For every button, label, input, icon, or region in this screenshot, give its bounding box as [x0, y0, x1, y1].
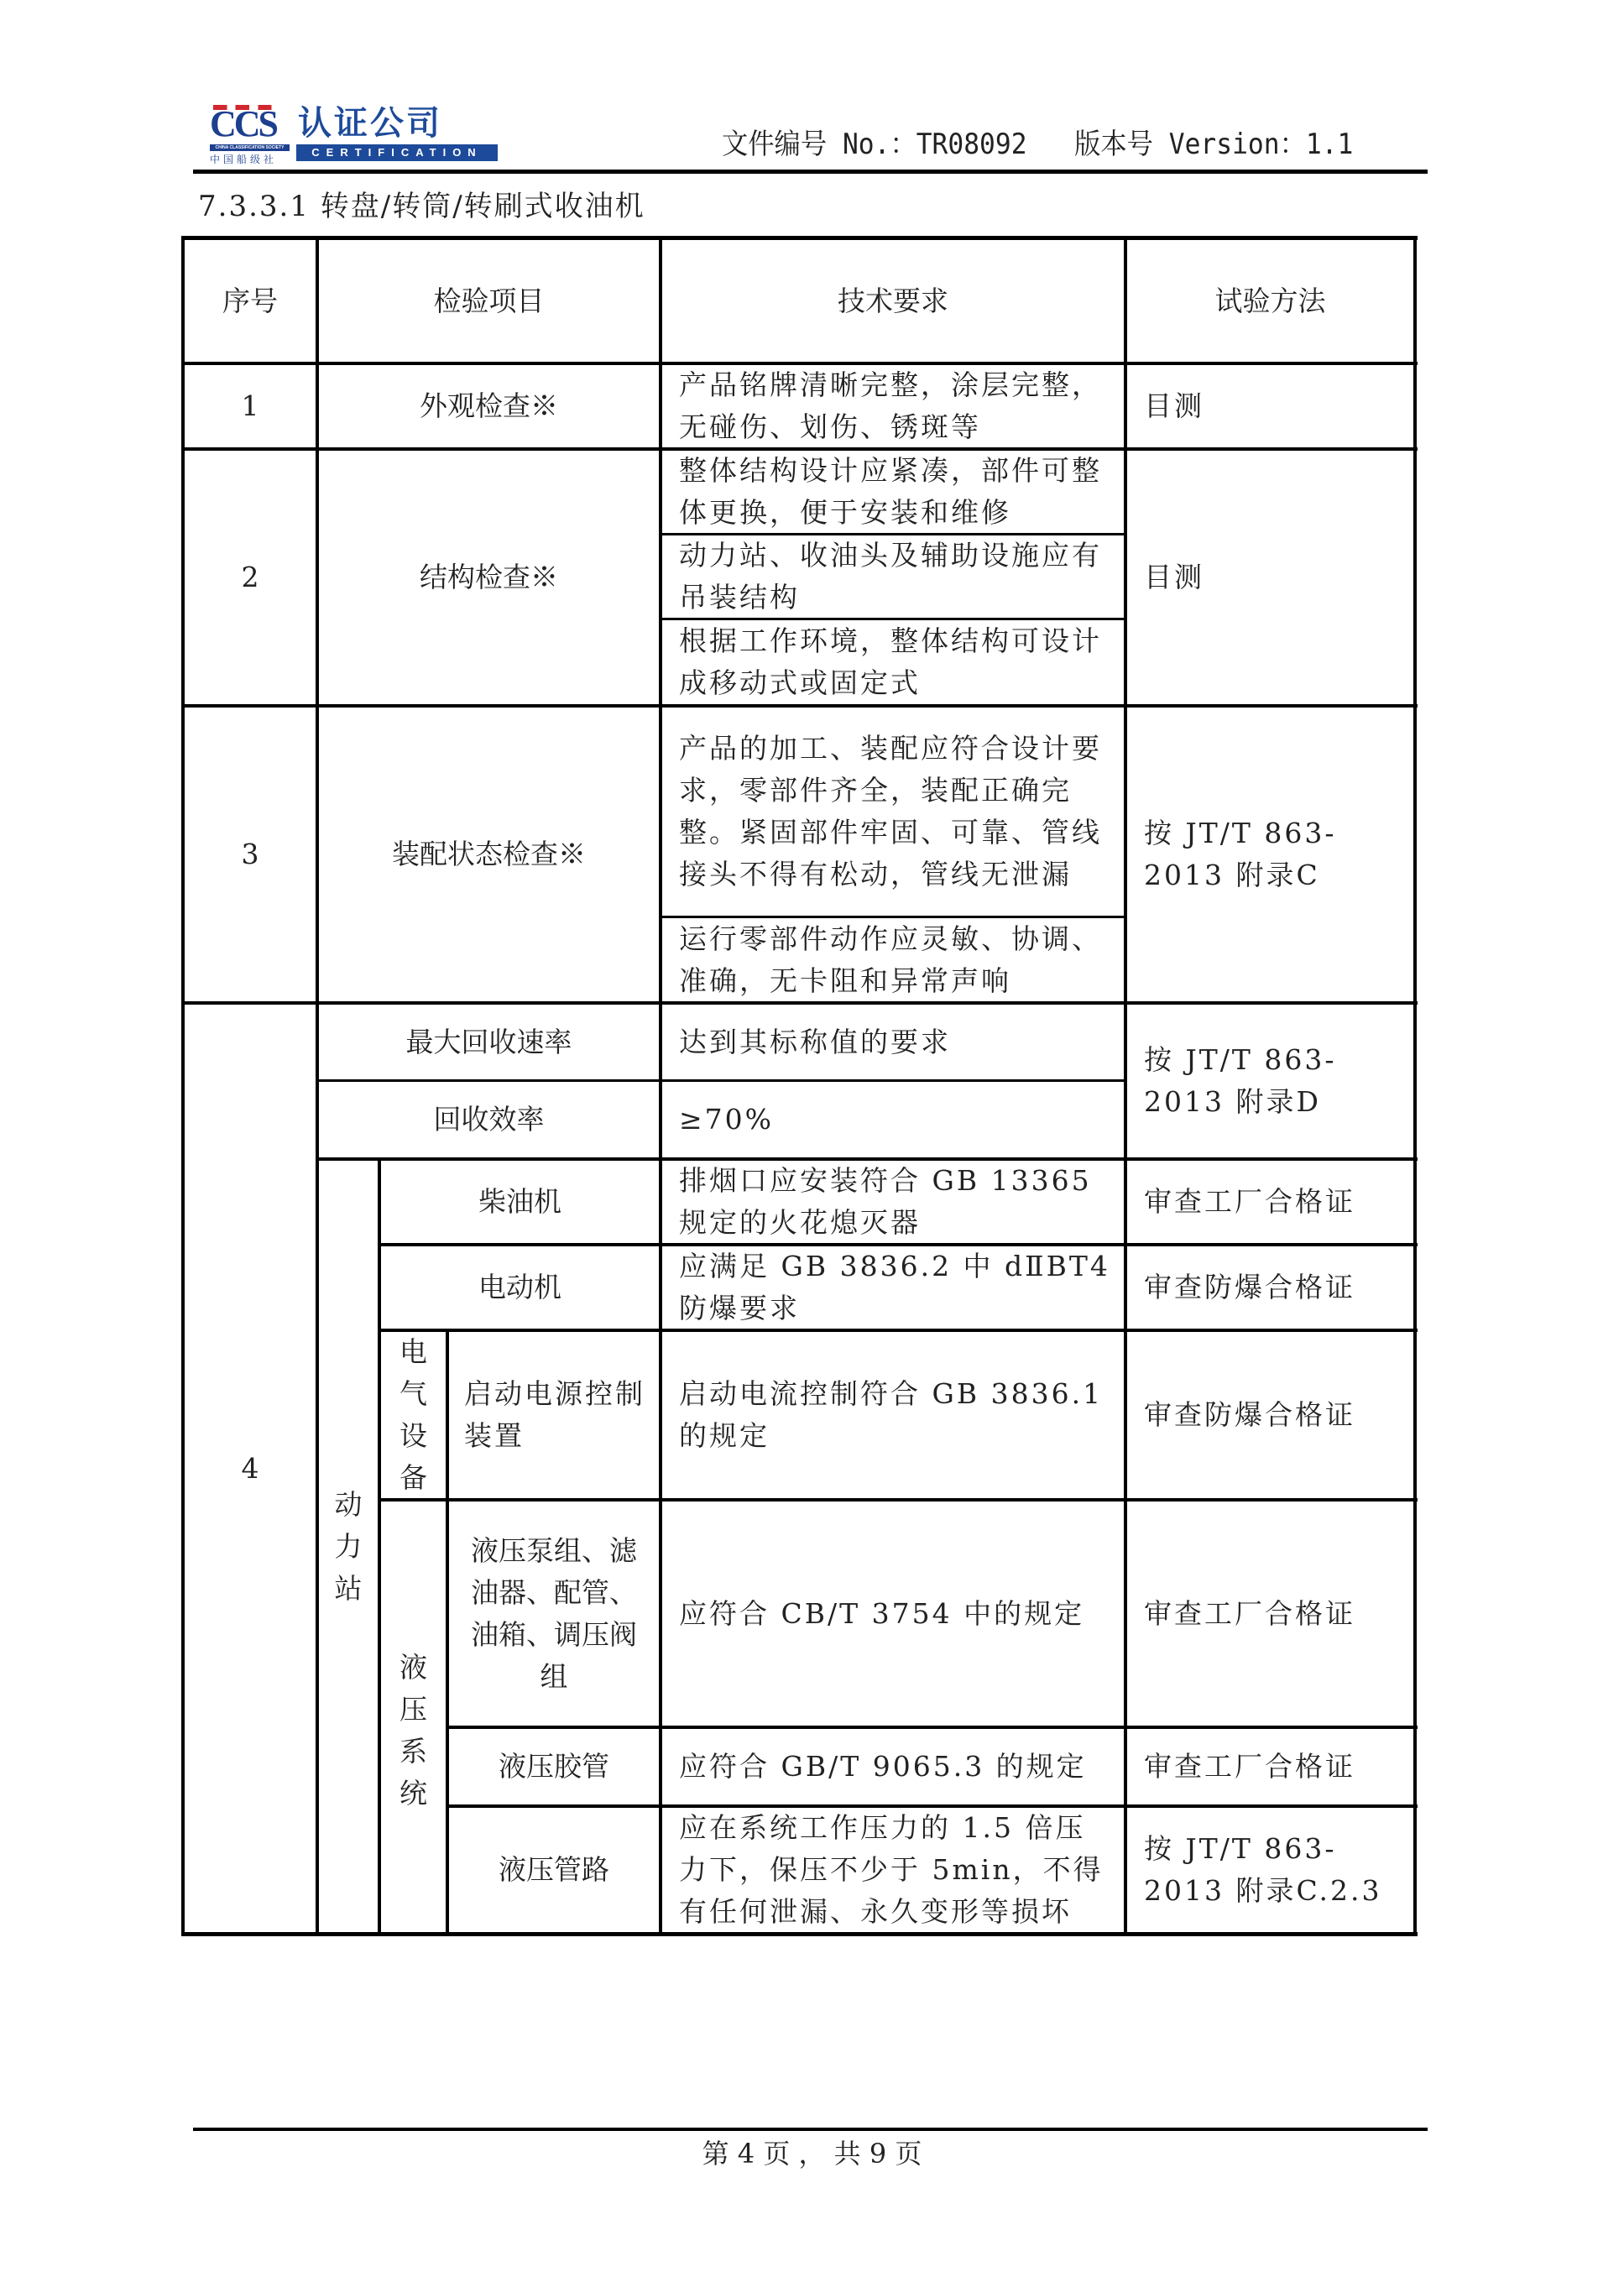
column-header-item: 检验项目 — [319, 240, 659, 362]
row-2-requirement-3: 根据工作环境，整体结构可设计成移动式或固定式 — [662, 620, 1124, 704]
row-1-no: 1 — [185, 365, 316, 447]
row-4-item-max-recovery-rate: 最大回收速率 — [319, 1005, 659, 1079]
column-header-method: 试验方法 — [1127, 240, 1413, 362]
header-divider — [193, 170, 1428, 174]
row-4-requirement-max-recovery-rate: 达到其标称值的要求 — [662, 1005, 1124, 1079]
row-3-method: 按 JT/T 863-2013 附录C — [1127, 708, 1413, 1001]
hydraulic-hose-item: 液压胶管 — [449, 1729, 659, 1804]
row-2-requirement-2: 动力站、收油头及辅助设施应有吊装结构 — [662, 535, 1124, 618]
start-power-control-requirement: 启动电流控制符合 GB 3836.1 的规定 — [662, 1332, 1124, 1498]
document-number: 文件编号 No.：TR08092 — [722, 128, 1027, 161]
row-4-item-recovery-efficiency: 回收效率 — [319, 1082, 659, 1157]
version-number: 版本号 Version：1.1 — [1074, 128, 1353, 161]
row-2-no: 2 — [185, 451, 316, 704]
row-2-method: 目测 — [1127, 451, 1413, 704]
row-3-item: 装配状态检查※ — [319, 708, 659, 1001]
logo-society-en: CHINA CLASSIFICATION SOCIETY — [210, 144, 290, 151]
footer-divider — [193, 2128, 1428, 2131]
power-station-label: 动力站 — [319, 1161, 378, 1932]
row-2-requirement-1: 整体结构设计应紧凑，部件可整体更换，便于安装和维修 — [662, 451, 1124, 533]
company-logo: CCS CHINA CLASSIFICATION SOCIETY 中国船级社 认… — [210, 106, 499, 165]
table-border-right — [1413, 236, 1417, 1935]
hydraulic-system-label: 液压系统 — [381, 1501, 446, 1932]
hydraulic-pipeline-method: 按 JT/T 863-2013 附录C.2.3 — [1127, 1808, 1413, 1932]
logo-company-cn: 认证公司 — [298, 106, 442, 141]
row-4-method-recovery: 按 JT/T 863-2013 附录D — [1127, 1005, 1413, 1157]
row-1-requirement: 产品铭牌清晰完整，涂层完整，无碰伤、划伤、锈斑等 — [662, 365, 1124, 447]
row-3-requirement-2: 运行零部件动作应灵敏、协调、准确，无卡阻和异常声响 — [662, 918, 1124, 1001]
diesel-engine-requirement: 排烟口应安装符合 GB 13365 规定的火花熄灭器 — [662, 1161, 1124, 1243]
start-power-control-item: 启动电源控制装置 — [449, 1332, 659, 1498]
row-4-requirement-recovery-efficiency: ≥70% — [662, 1082, 1124, 1157]
hydraulic-hose-requirement: 应符合 GB/T 9065.3 的规定 — [662, 1729, 1124, 1804]
electric-motor-method: 审查防爆合格证 — [1127, 1246, 1413, 1329]
hydraulic-pipeline-item: 液压管路 — [449, 1808, 659, 1932]
diesel-engine-method: 审查工厂合格证 — [1127, 1161, 1413, 1243]
column-header-no: 序号 — [185, 240, 316, 362]
document-number-version: 文件编号 No.：TR08092 版本号 Version：1.1 — [722, 126, 1353, 163]
electric-motor-item: 电动机 — [381, 1246, 659, 1329]
hydraulic-hose-method: 审查工厂合格证 — [1127, 1729, 1413, 1804]
hydraulic-pump-requirement: 应符合 CB/T 3754 中的规定 — [662, 1501, 1124, 1726]
row-3-no: 3 — [185, 708, 316, 1001]
start-power-control-method: 审查防爆合格证 — [1127, 1332, 1413, 1498]
row-4-no: 4 — [185, 1005, 316, 1932]
electric-motor-requirement: 应满足 GB 3836.2 中 dⅡBT4 防爆要求 — [662, 1246, 1124, 1329]
row-2-item: 结构检查※ — [319, 451, 659, 704]
hydraulic-pump-method: 审查工厂合格证 — [1127, 1501, 1413, 1726]
row-1-item: 外观检查※ — [319, 365, 659, 447]
section-title: 7.3.3.1 转盘/转筒/转刷式收油机 — [198, 186, 645, 227]
electrical-equipment-label: 电气设备 — [381, 1332, 446, 1498]
page-number: 第 4 页 ， 共 9 页 — [0, 2133, 1624, 2174]
column-header-requirement: 技术要求 — [662, 240, 1124, 362]
row-1-method: 目测 — [1127, 365, 1413, 447]
logo-ccs-text: CCS — [210, 106, 276, 143]
logo-company-en: CERTIFICATION — [296, 144, 498, 161]
hydraulic-pump-item: 液压泵组、滤油器、配管、油箱、调压阀组 — [449, 1501, 659, 1726]
diesel-engine-item: 柴油机 — [381, 1161, 659, 1243]
logo-society-cn: 中国船级社 — [210, 152, 277, 166]
hydraulic-pipeline-requirement: 应在系统工作压力的 1.5 倍压力下，保压不少于 5min，不得有任何泄漏、永久… — [662, 1808, 1124, 1932]
row-3-requirement-1: 产品的加工、装配应符合设计要求，零部件齐全，装配正确完整。紧固部件牢固、可靠、管… — [662, 708, 1124, 916]
